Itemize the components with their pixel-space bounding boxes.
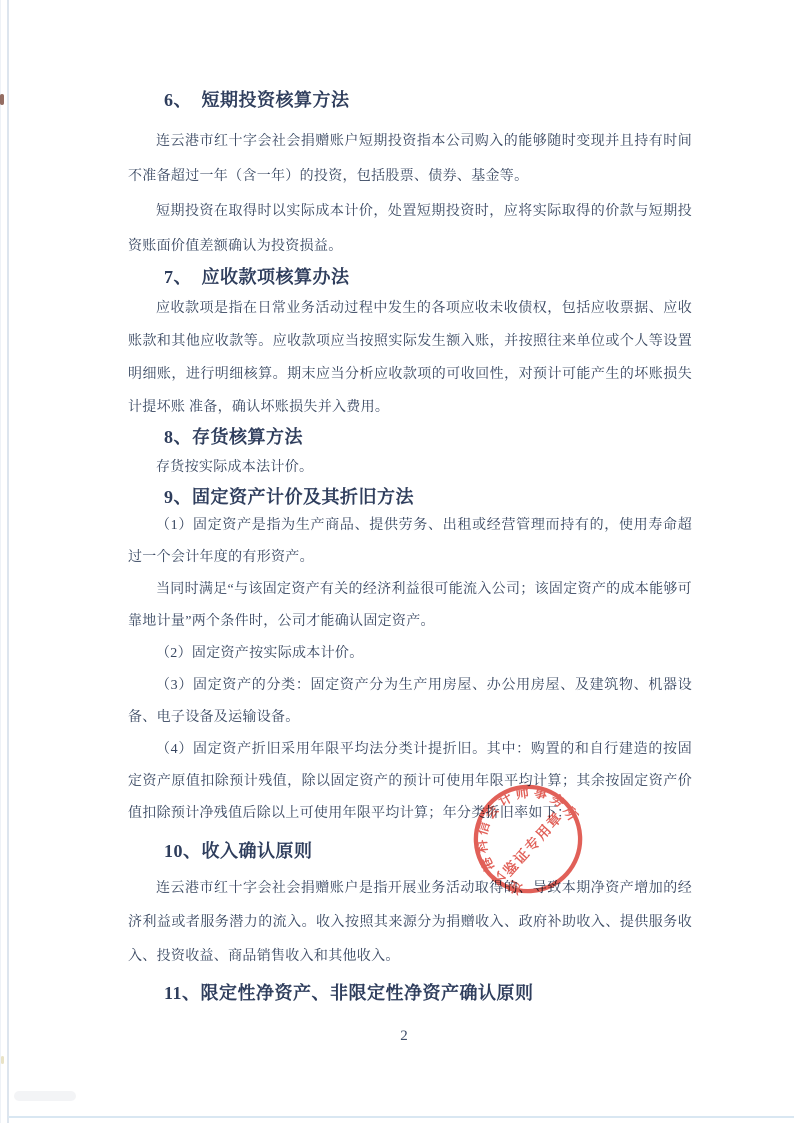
section-heading-6: 6、 短期投资核算方法 <box>128 87 692 113</box>
paragraph: （2）固定资产按实际成本计价。 <box>128 638 692 670</box>
seal-center-text: 鉴证专用章 <box>499 807 567 879</box>
paragraph: 连云港市红十字会社会捐赠账户短期投资指本公司购入的能够随时变现并且持有时间不准备… <box>128 124 692 194</box>
red-seal-stamp: 连云港科信会计师事务所 鉴证专用章 <box>469 780 587 898</box>
paragraph: 短期投资在取得时以实际成本计价，处置短期投资时，应将实际取得的价款与短期投资账面… <box>128 194 692 264</box>
paragraph: （1）固定资产是指为生产商品、提供劳务、出租或经营管理而持有的，使用寿命超过一个… <box>128 510 692 574</box>
paragraph: 应收款项是指在日常业务活动过程中发生的各项应收未收债权，包括应收票据、应收账款和… <box>128 292 692 424</box>
section-heading-8: 8、存货核算方法 <box>128 424 692 450</box>
scan-edge-line <box>7 0 9 1123</box>
paragraph: （3）固定资产的分类：固定资产分为生产用房屋、办公用房屋、及建筑物、机器设备、电… <box>128 670 692 734</box>
scan-smudge <box>14 1091 76 1101</box>
paragraph: 当同时满足“与该固定资产有关的经济利益很可能流入公司；该固定资产的成本能够可靠地… <box>128 574 692 638</box>
section-heading-11: 11、限定性净资产、非限定性净资产确认原则 <box>128 980 692 1006</box>
page-background: 6、 短期投资核算方法 连云港市红十字会社会捐赠账户短期投资指本公司购入的能够随… <box>0 0 794 1123</box>
paragraph: 连云港市红十字会社会捐赠账户是指开展业务活动取得的、导致本期净资产增加的经济利益… <box>128 872 692 974</box>
section-heading-9: 9、固定资产计价及其折旧方法 <box>128 484 692 510</box>
scan-bottom-edge-line <box>8 1116 794 1118</box>
scan-edge-line-outer <box>0 0 1 1123</box>
scan-speck-dark <box>0 94 4 105</box>
section-heading-7: 7、 应收款项核算办法 <box>128 264 692 290</box>
document-body: 6、 短期投资核算方法 连云港市红十字会社会捐赠账户短期投资指本公司购入的能够随… <box>128 0 692 1006</box>
paragraph: 存货按实际成本法计价。 <box>128 451 692 484</box>
scan-speck-yellow <box>1 1056 4 1064</box>
page-number: 2 <box>7 1028 794 1045</box>
scanned-document-page: { "page": { "number": "2" }, "colors": {… <box>0 0 794 1123</box>
paragraph: （4）固定资产折旧采用年限平均法分类计提折旧。其中：购置的和自行建造的按固定资产… <box>128 734 692 830</box>
section-heading-10: 10、收入确认原则 <box>128 838 692 864</box>
